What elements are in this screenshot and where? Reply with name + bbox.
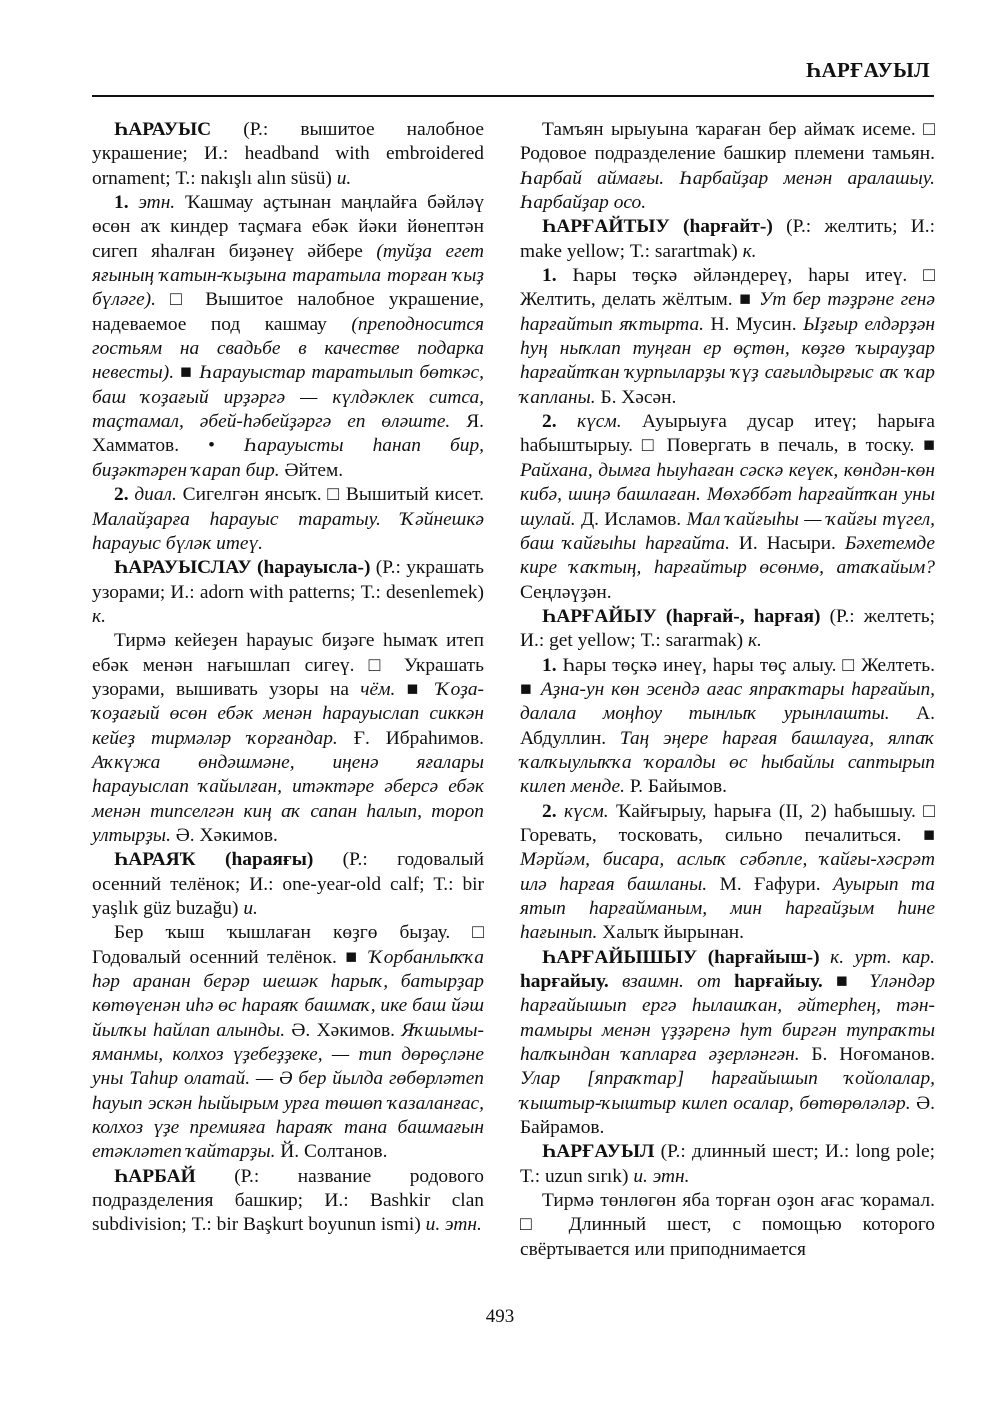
text (820, 947, 831, 968)
text: ■ (823, 971, 870, 992)
text: Й. Солтанов. (275, 1141, 387, 1162)
text (721, 971, 734, 992)
left-column: ҺАРАУЫС (Р.: вышитое налобное украшение;… (92, 118, 484, 1238)
italic-text: күсм. (564, 801, 609, 822)
italic-text: Аҙна-ун көн эсендә ағас япраҡтары һарғай… (520, 679, 935, 724)
entry-sense-paragraph: 1. Һары төҫкә инеү, һары төҫ алыу. □ Жел… (520, 654, 935, 800)
entry-headword-paragraph: ҺАРАУЫС (Р.: вышитое налобное украшение;… (92, 118, 484, 191)
text (557, 411, 577, 432)
entry-headword-paragraph: ҺАРАЯҠ (һараяғы) (Р.: годовалый осенний … (92, 848, 484, 921)
text (557, 801, 564, 822)
entry-sense-paragraph: Бер ҡыш ҡышлаған көҙгө быҙау. □ Годовалы… (92, 921, 484, 1164)
headword: ҺАРБАЙ (114, 1166, 196, 1187)
italic-text: күсм. (577, 411, 622, 432)
text: М. Ғафури. (707, 874, 833, 895)
italic-text: и. (243, 898, 258, 919)
text: 1. (542, 655, 557, 676)
text: Сигелгән янсыҡ. □ Вышитый кисет. (177, 484, 484, 505)
italic-text: Аҡкүжа өндәшмәне, иңенә яғалары һарауысл… (92, 752, 484, 846)
text: 2. (114, 484, 129, 505)
page-number: 493 (0, 1306, 1000, 1328)
text: Тамъян ырыуына ҡараған бер аймаҡ исеме. … (520, 119, 935, 164)
entry-sense-paragraph: Тирмә кейеҙен һарауыс биҙәге һымаҡ итеп … (92, 629, 484, 848)
text: 1. (114, 192, 129, 213)
headword: ҺАРАУЫСЛАУ (һарауысла-) (114, 557, 370, 578)
right-column: Тамъян ырыуына ҡараған бер аймаҡ исеме. … (520, 118, 935, 1262)
text: ■ (395, 679, 436, 700)
text (129, 192, 139, 213)
text: Сеңләүҙән. (520, 582, 612, 603)
italic-text: к. урт. кар. (830, 947, 935, 968)
text: ■ (174, 362, 199, 383)
italic-text: и. (337, 168, 352, 189)
text: Ә. Хәкимов. (285, 1020, 401, 1041)
text: һарғайыу. (520, 971, 609, 992)
entry-headword-paragraph: ҺАРҒАУЫЛ (Р.: длинный шест; И.: long pol… (520, 1140, 935, 1189)
italic-text: Һарбай аймағы. Һарбайҙар менән аралашыу.… (520, 168, 935, 213)
entry-sense-paragraph: 1. Һары төҫкә әйләндереү, һары итеү. □ Ж… (520, 264, 935, 410)
entry-sense-paragraph: 2. диал. Сигелгән янсыҡ. □ Вышитый кисет… (92, 483, 484, 556)
text: 2. (542, 411, 557, 432)
text (609, 971, 622, 992)
headword: ҺАРАЯҠ (һараяғы) (114, 849, 313, 870)
entry-headword-paragraph: ҺАРҒАЙТЫУ (һарғайт-) (Р.: желтить; И.: m… (520, 215, 935, 264)
italic-text: чём. (360, 679, 395, 700)
entry-sense-paragraph: 2. күсм. Ҡайғырыу, һарыға (II, 2) һабышы… (520, 800, 935, 946)
entry-sense-paragraph: Тамъян ырыуына ҡараған бер аймаҡ исеме. … (520, 118, 935, 215)
text: һарғайыу. (734, 971, 823, 992)
italic-text: Малайҙарға һарауыс таратыу. Ҡәйнешкә һар… (92, 509, 484, 554)
text: Ғ. Ибраһимов. (338, 728, 484, 749)
text: Әйтем. (280, 460, 343, 481)
italic-text: этн. (138, 192, 175, 213)
entry-headword-paragraph: ҺАРБАЙ (Р.: название родового подразделе… (92, 1165, 484, 1238)
entry-headword-paragraph: ҺАРҒАЙЫУ (һарғай-, һарғая) (Р.: желтеть;… (520, 605, 935, 654)
italic-text: к. (743, 241, 757, 262)
headword: ҺАРҒАУЫЛ (542, 1141, 654, 1162)
text: Б. Ноғоманов. (800, 1044, 935, 1065)
entry-sense-paragraph: 2. күсм. Ауырыуға дусар итеү; һарыға һаб… (520, 410, 935, 605)
italic-text: к. (92, 606, 106, 627)
text: Р. Байымов. (625, 776, 727, 797)
italic-text: Улар [япраҡтар] һарғайышып ҡойолалар, ҡы… (520, 1068, 935, 1113)
italic-text: к. (748, 630, 762, 651)
text: Д. Исламов. (576, 509, 687, 530)
italic-text: и. этн. (633, 1166, 689, 1187)
running-head: ҺАРҒАУЫЛ (806, 58, 930, 83)
entry-sense-paragraph: 1. этн. Ҡашмау аҫтынан маңлайға бәйләү ө… (92, 191, 484, 483)
headword: ҺАРҒАЙТЫУ (һарғайт-) (542, 216, 773, 237)
text: Н. Мусин. (704, 314, 803, 335)
text: Ә. Хәкимов. (171, 825, 278, 846)
italic-text: взаимн. от (622, 971, 721, 992)
text: Б. Хәсән. (596, 387, 677, 408)
text: 1. (542, 265, 557, 286)
text: И. Насыри. (730, 533, 845, 554)
header-rule (92, 95, 934, 97)
text: 2. (542, 801, 557, 822)
entry-headword-paragraph: ҺАРАУЫСЛАУ (һарауысла-) (Р.: украшать уз… (92, 556, 484, 629)
headword: ҺАРҒАЙЫУ (һарғай-, һарғая) (542, 606, 820, 627)
entry-sense-paragraph: Тирмә төнлөгөн яба торған оҙон ағас ҡора… (520, 1189, 935, 1262)
text: Тирмә төнлөгөн яба торған оҙон ағас ҡора… (520, 1190, 935, 1260)
italic-text: диал. (134, 484, 177, 505)
entry-headword-paragraph: ҺАРҒАЙЫШЫУ (һарғайыш-) к. урт. кар. һарғ… (520, 946, 935, 1141)
headword: ҺАРАУЫС (114, 119, 211, 140)
text: Халыҡ йырынан. (597, 922, 744, 943)
headword: ҺАРҒАЙЫШЫУ (һарғайыш-) (542, 947, 820, 968)
italic-text: и. этн. (426, 1214, 482, 1235)
